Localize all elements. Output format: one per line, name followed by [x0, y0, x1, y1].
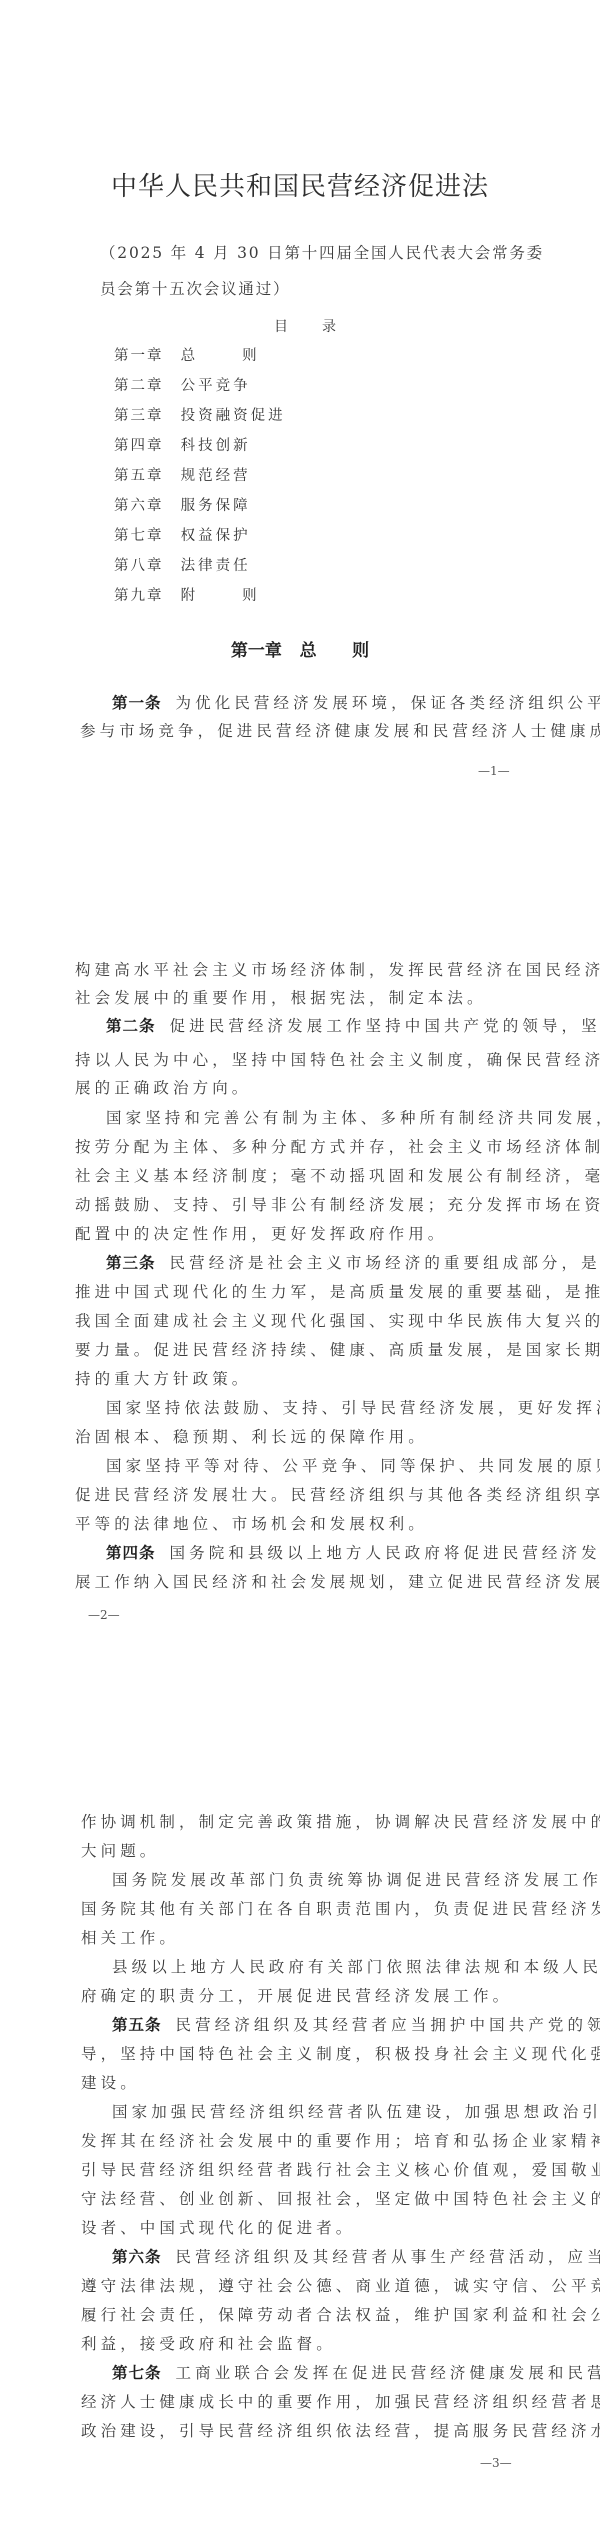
toc-chapter-number: 第六章	[114, 494, 176, 515]
text-line: 县级以上地方人民政府有关部门依照法律法规和本级人民政	[112, 1957, 600, 1977]
toc-chapter-number: 第四章	[114, 434, 176, 455]
toc-chapter-number: 第九章	[114, 584, 176, 605]
text-line: 平等的法律地位、市场机会和发展权利。	[75, 1514, 428, 1534]
document-title: 中华人民共和国民营经济促进法	[0, 166, 600, 203]
text-line: 治固根本、稳预期、利长远的保障作用。	[75, 1427, 428, 1447]
text-line: 利益，接受政府和社会监督。	[81, 2334, 336, 2354]
text-line: 守法经营、创业创新、回报社会，坚定做中国特色社会主义的建	[81, 2189, 600, 2209]
text-line: 为优化民营经济发展环境，保证各类经济组织公平	[176, 694, 600, 712]
text-line: 持以人民为中心，坚持中国特色社会主义制度，确保民营经济发	[75, 1050, 600, 1070]
text-line: 国家坚持依法鼓励、支持、引导民营经济发展，更好发挥法	[106, 1398, 600, 1418]
toc-chapter-number: 第七章	[114, 524, 176, 545]
article-label: 第七条	[112, 2364, 162, 2382]
toc-chapter-number: 第八章	[114, 554, 176, 575]
text-line: 工商业联合会发挥在促进民营经济健康发展和民营	[176, 2364, 600, 2382]
toc-chapter-number: 第一章	[114, 344, 176, 365]
text-line: 促进民营经济发展壮大。民营经济组织与其他各类经济组织享有	[75, 1485, 600, 1505]
text-line: 促进民营经济发展工作坚持中国共产党的领导，坚	[170, 1017, 600, 1035]
article-label: 第三条	[106, 1254, 156, 1272]
text-line: 国家坚持平等对待、公平竞争、同等保护、共同发展的原则，	[106, 1456, 600, 1476]
text-line: 设者、中国式现代化的促进者。	[81, 2218, 355, 2238]
text-line: 推进中国式现代化的生力军，是高质量发展的重要基础，是推动	[75, 1282, 600, 1302]
article-label: 第二条	[106, 1017, 156, 1035]
text-line: 配置中的决定性作用，更好发挥政府作用。	[75, 1224, 447, 1244]
page-number-2: —2—	[88, 1608, 120, 1622]
text-line: 国务院和县级以上地方人民政府将促进民营经济发	[170, 1544, 600, 1562]
text-line: 展的正确政治方向。	[75, 1078, 251, 1098]
text-line: 引导民营经济组织经营者践行社会主义核心价值观，爱国敬业、	[81, 2160, 600, 2180]
text-line: 民营经济是社会主义市场经济的重要组成部分，是	[170, 1254, 600, 1272]
chapter-heading: 第一章 总 则	[0, 636, 600, 661]
text-line: 建设。	[81, 2073, 140, 2093]
text-line: 民营经济组织及其经营者从事生产经营活动，应当	[176, 2248, 600, 2266]
toc-item[interactable]: 第七章 权益保护	[114, 524, 251, 545]
article-label: 第六条	[112, 2248, 162, 2266]
article-label: 第一条	[112, 694, 162, 712]
toc-chapter-name: 公平竞争	[181, 374, 251, 395]
toc-item[interactable]: 第一章 总则	[114, 344, 260, 365]
toc-item[interactable]: 第八章 法律责任	[114, 554, 251, 575]
text-line: 国家坚持和完善公有制为主体、多种所有制经济共同发展，	[106, 1108, 600, 1128]
toc-chapter-number: 第三章	[114, 404, 176, 425]
toc-chapter-name: 规范经营	[181, 464, 251, 485]
text-line: 民营经济组织及其经营者应当拥护中国共产党的领	[176, 2016, 600, 2034]
article-4-line: 第四条国务院和县级以上地方人民政府将促进民营经济发	[106, 1543, 600, 1563]
article-label: 第五条	[112, 2016, 162, 2034]
text-line: 作协调机制，制定完善政策措施，协调解决民营经济发展中的重	[81, 1812, 600, 1832]
text-line: 国务院发展改革部门负责统筹协调促进民营经济发展工作。	[112, 1870, 600, 1890]
toc-chapter-name: 附	[181, 584, 199, 605]
text-line: 社会主义基本经济制度；毫不动摇巩固和发展公有制经济，毫不	[75, 1166, 600, 1186]
toc-chapter-name: 权益保护	[181, 524, 251, 545]
toc-chapter-name: 则	[242, 584, 260, 605]
text-line: 要力量。促进民营经济持续、健康、高质量发展，是国家长期坚	[75, 1340, 600, 1360]
toc-chapter-name: 科技创新	[181, 434, 251, 455]
text-line: 大问题。	[81, 1841, 159, 1861]
text-line: 导，坚持中国特色社会主义制度，积极投身社会主义现代化强国	[81, 2044, 600, 2064]
toc-chapter-number: 第二章	[114, 374, 176, 395]
article-2-line: 第二条促进民营经济发展工作坚持中国共产党的领导，坚	[106, 1016, 600, 1036]
text-line: 相关工作。	[81, 1928, 179, 1948]
chapter-name: 则	[352, 641, 369, 661]
article-label: 第四条	[106, 1544, 156, 1562]
toc-chapter-number: 第五章	[114, 464, 176, 485]
text-line: 发挥其在经济社会发展中的重要作用；培育和弘扬企业家精神，	[81, 2131, 600, 2151]
text-line: 社会发展中的重要作用，根据宪法，制定本法。	[75, 988, 487, 1008]
toc-item[interactable]: 第九章 附则	[114, 584, 260, 605]
toc-item[interactable]: 第六章 服务保障	[114, 494, 251, 515]
chapter-number: 第一章	[231, 641, 282, 661]
article-6-line: 第六条民营经济组织及其经营者从事生产经营活动，应当	[112, 2247, 600, 2267]
toc-item[interactable]: 第三章 投资融资促进	[114, 404, 286, 425]
text-line: 府确定的职责分工，开展促进民营经济发展工作。	[81, 1986, 512, 2006]
subtitle-line-2: 员会第十五次会议通过）	[100, 279, 290, 299]
toc-chapter-name: 法律责任	[181, 554, 251, 575]
toc-chapter-name: 服务保障	[181, 494, 251, 515]
toc-chapter-name: 总	[181, 344, 199, 365]
subtitle-line-1: （2025 年 4 月 30 日第十四届全国人民代表大会常务委	[100, 243, 544, 263]
article-5-line: 第五条民营经济组织及其经营者应当拥护中国共产党的领	[112, 2015, 600, 2035]
text-line: 履行社会责任，保障劳动者合法权益，维护国家利益和社会公共	[81, 2305, 600, 2325]
text-line: 遵守法律法规，遵守社会公德、商业道德，诚实守信、公平竞争，	[81, 2276, 600, 2296]
article-1-line: 第一条为优化民营经济发展环境，保证各类经济组织公平	[112, 693, 600, 713]
text-line: 动摇鼓励、支持、引导非公有制经济发展；充分发挥市场在资源	[75, 1195, 600, 1215]
toc-chapter-name: 投资融资促进	[181, 404, 286, 425]
text-line: 按劳分配为主体、多种分配方式并存，社会主义市场经济体制等	[75, 1137, 600, 1157]
text-line: 经济人士健康成长中的重要作用，加强民营经济组织经营者思想	[81, 2392, 600, 2412]
article-3-line: 第三条民营经济是社会主义市场经济的重要组成部分，是	[106, 1253, 600, 1273]
text-line: 持的重大方针政策。	[75, 1369, 251, 1389]
chapter-name: 总	[300, 641, 317, 661]
text-line: 构建高水平社会主义市场经济体制，发挥民营经济在国民经济和	[75, 960, 600, 980]
page-number-1: —1—	[478, 764, 510, 778]
text-line: 政治建设，引导民营经济组织依法经营，提高服务民营经济水平。	[81, 2421, 600, 2441]
toc-item[interactable]: 第五章 规范经营	[114, 464, 251, 485]
text-line: 国务院其他有关部门在各自职责范围内，负责促进民营经济发展	[81, 1899, 600, 1919]
text-line: 展工作纳入国民经济和社会发展规划，建立促进民营经济发展工	[75, 1572, 600, 1592]
page-number-3: —3—	[480, 2456, 512, 2470]
toc-heading-left: 目	[274, 316, 288, 336]
text-line: 我国全面建成社会主义现代化强国、实现中华民族伟大复兴的重	[75, 1311, 600, 1331]
toc-heading-right: 录	[322, 316, 336, 336]
text-line: 参与市场竞争，促进民营经济健康发展和民营经济人士健康成长，	[80, 721, 600, 741]
toc-item[interactable]: 第二章 公平竞争	[114, 374, 251, 395]
toc-item[interactable]: 第四章 科技创新	[114, 434, 251, 455]
article-7-line: 第七条工商业联合会发挥在促进民营经济健康发展和民营	[112, 2363, 600, 2383]
text-line: 国家加强民营经济组织经营者队伍建设，加强思想政治引领，	[112, 2102, 600, 2122]
toc-chapter-name: 则	[242, 344, 260, 365]
